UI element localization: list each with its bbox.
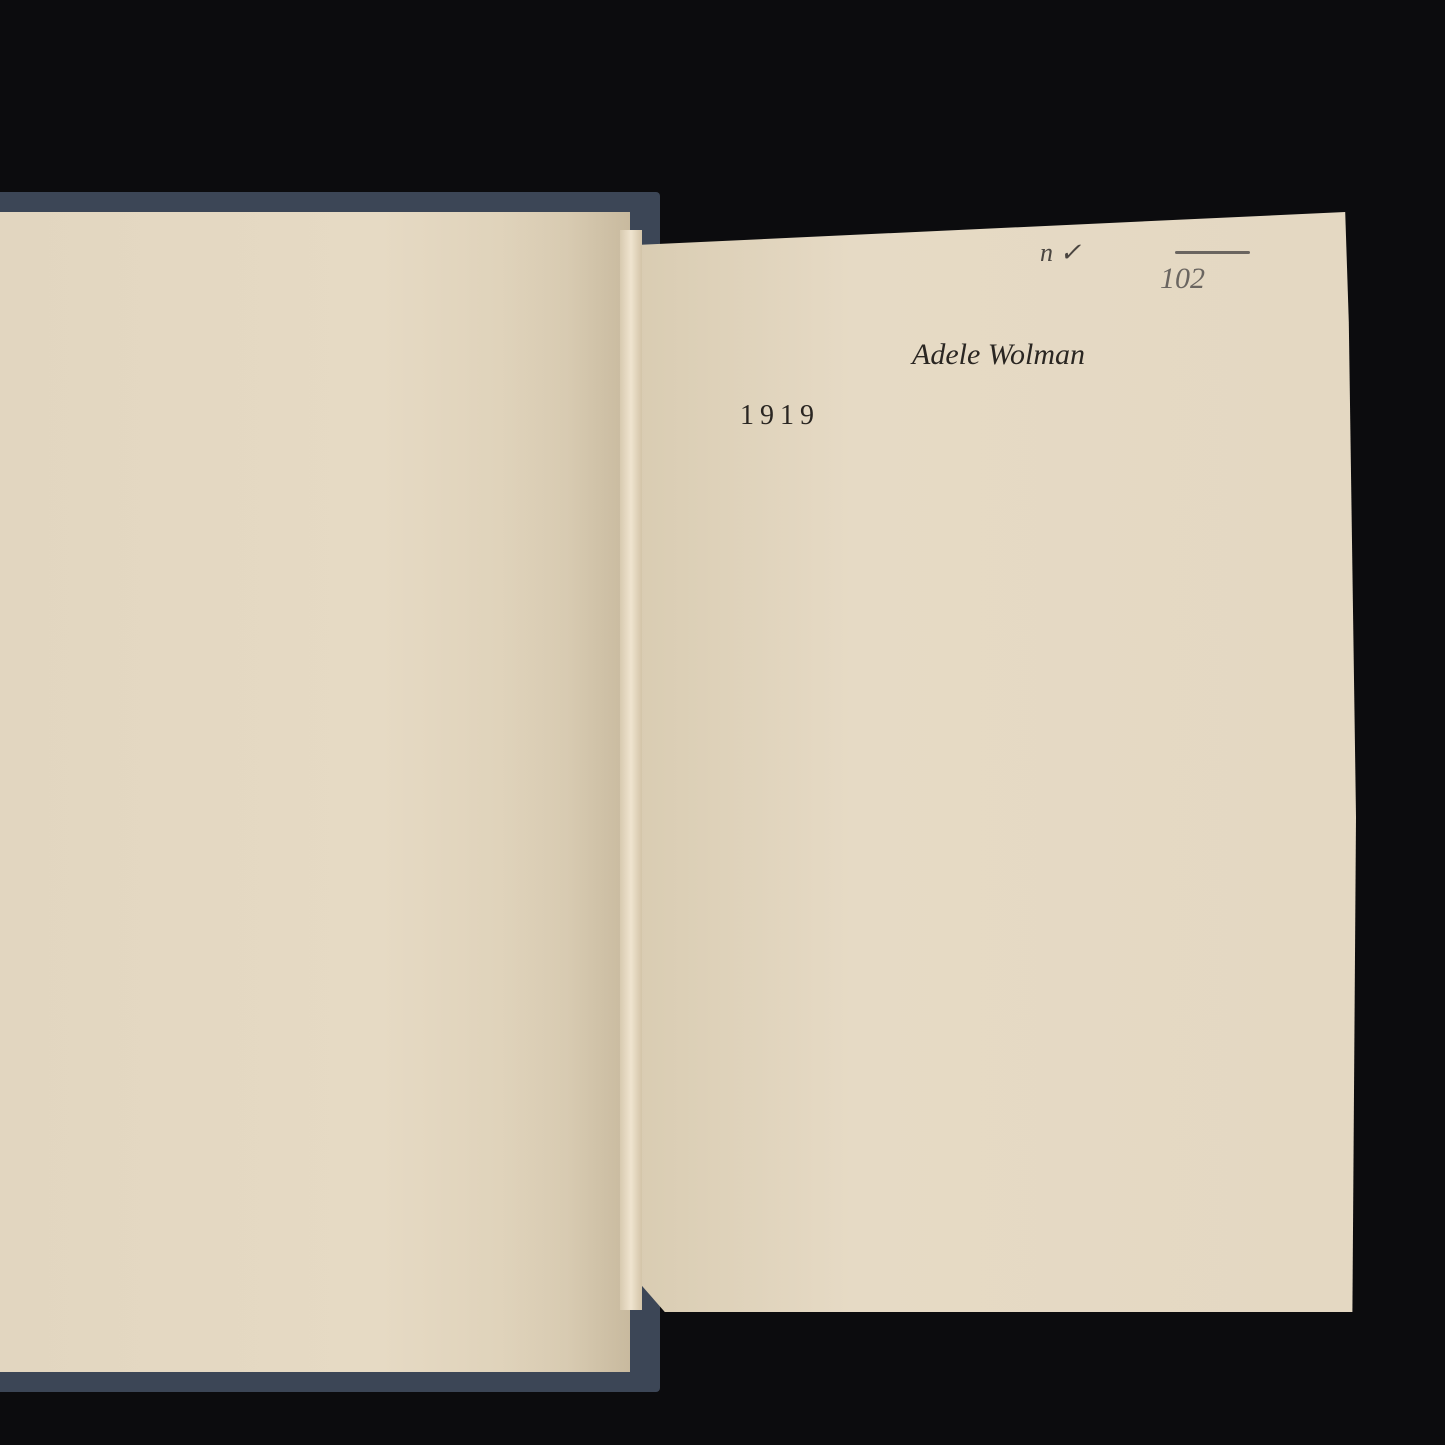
book-gutter [620, 230, 642, 1310]
right-flyleaf [636, 212, 1356, 1312]
corner-check-mark: n ✓ [1040, 238, 1081, 268]
inscription-year: 1919 [740, 400, 820, 432]
corner-number: 102 [1160, 262, 1205, 296]
number-overline [1175, 251, 1250, 254]
owner-signature: Adele Wolman [912, 338, 1085, 372]
page-stain [500, 212, 630, 1372]
left-endpaper [0, 212, 630, 1372]
